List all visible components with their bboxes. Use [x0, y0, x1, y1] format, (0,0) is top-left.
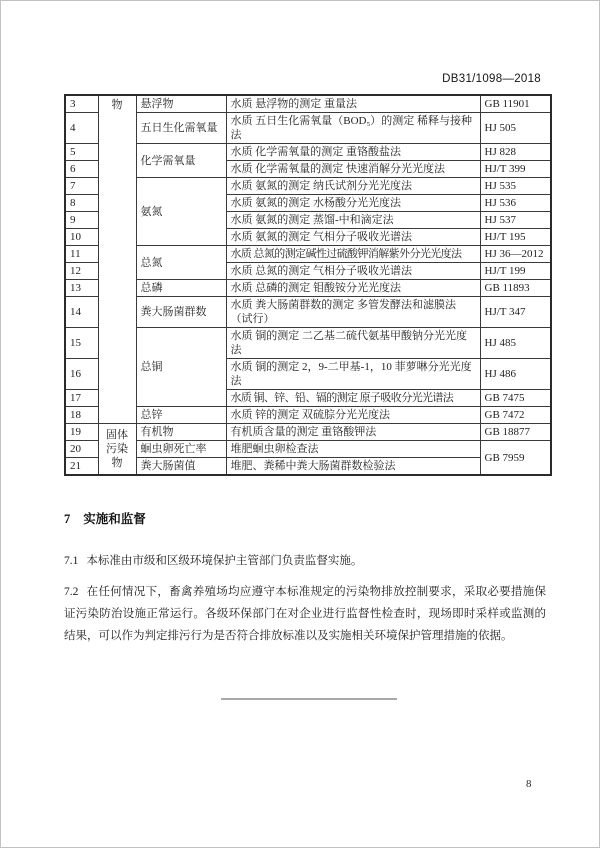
method-name: 水质 总氮的测定碱性过硫酸钾消解紫外分光光度法 — [226, 246, 480, 263]
row-number: 8 — [65, 195, 98, 212]
standard-number: HJ/T 347 — [480, 297, 551, 328]
pollutant-name: 总铜 — [136, 328, 226, 407]
row-number: 19 — [65, 424, 98, 441]
standard-number: GB 7475 — [480, 390, 551, 407]
paragraph-7-1: 7.1本标准由市级和区级环境保护主管部门负责监督实施。 — [64, 550, 546, 572]
method-name: 堆肥、粪稀中粪大肠菌群数检验法 — [226, 458, 480, 476]
pollutant-name: 总锌 — [136, 407, 226, 424]
paragraph-7-2: 7.2在任何情况下，畜禽养殖场均应遵守本标准规定的污染物排放控制要求，采取必要措… — [64, 581, 546, 647]
document-page: DB31/1098—2018 3 物 悬浮物 水质 悬浮物的测定 重量法 GB … — [0, 0, 600, 848]
pollutant-name: 有机物 — [136, 424, 226, 441]
section-title: 实施和监督 — [83, 512, 146, 526]
pollutant-name: 总氮 — [136, 246, 226, 280]
pollutant-name: 悬浮物 — [136, 95, 226, 113]
method-name: 水质 悬浮物的测定 重量法 — [226, 95, 480, 113]
method-name: 水质 氨氮的测定 气相分子吸收光谱法 — [226, 229, 480, 246]
row-number: 13 — [65, 280, 98, 297]
standard-number: GB 11901 — [480, 95, 551, 113]
table-row: 5 化学需氧量 水质 化学需氧量的测定 重铬酸盐法 HJ 828 — [65, 144, 551, 161]
pollutant-name: 蛔虫卵死亡率 — [136, 441, 226, 458]
table-row: 15 总铜 水质 铜的测定 二乙基二硫代氨基甲酸钠分光光度法 HJ 485 — [65, 328, 551, 359]
row-number: 10 — [65, 229, 98, 246]
clause-text: 本标准由市级和区级环境保护主管部门负责监督实施。 — [86, 555, 362, 567]
row-number: 14 — [65, 297, 98, 328]
standard-number: HJ/T 199 — [480, 263, 551, 280]
method-name: 水质 粪大肠菌群数的测定 多管发酵法和滤膜法（试行） — [226, 297, 480, 328]
standard-number: HJ 485 — [480, 328, 551, 359]
row-number: 16 — [65, 359, 98, 390]
method-name: 水质 化学需氧量的测定 重铬酸盐法 — [226, 144, 480, 161]
row-number: 15 — [65, 328, 98, 359]
method-name: 水质 氨氮的测定 纳氏试剂分光光度法 — [226, 178, 480, 195]
method-name: 水质 五日生化需氧量（BOD₅）的测定 稀释与接种法 — [226, 113, 480, 144]
category-water-pollutant: 物 — [98, 95, 136, 424]
row-number: 11 — [65, 246, 98, 263]
method-name: 水质 铜的测定 二乙基二硫代氨基甲酸钠分光光度法 — [226, 328, 480, 359]
table-row: 18 总锌 水质 锌的测定 双硫腙分光光度法 GB 7472 — [65, 407, 551, 424]
table-row: 3 物 悬浮物 水质 悬浮物的测定 重量法 GB 11901 — [65, 95, 551, 113]
standard-number: HJ 505 — [480, 113, 551, 144]
standard-number: HJ 486 — [480, 359, 551, 390]
standard-number: GB 18877 — [480, 424, 551, 441]
row-number: 20 — [65, 441, 98, 458]
row-number: 12 — [65, 263, 98, 280]
pollutant-name: 粪大肠菌群数 — [136, 297, 226, 328]
section-heading: 7实施和监督 — [64, 509, 599, 527]
standard-number: HJ 537 — [480, 212, 551, 229]
document-number: DB31/1098—2018 — [1, 73, 541, 85]
section-number: 7 — [64, 512, 70, 526]
method-name: 水质 氨氮的测定 蒸馏-中和滴定法 — [226, 212, 480, 229]
table-row: 19 固体污染物 有机物 有机质含量的测定 重铬酸钾法 GB 18877 — [65, 424, 551, 441]
method-name: 水质 铜的测定 2，9-二甲基-1，10 菲萝啉分光光度法 — [226, 359, 480, 390]
method-name: 水质 氨氮的测定 水杨酸分光光度法 — [226, 195, 480, 212]
table-row: 7 氨氮 水质 氨氮的测定 纳氏试剂分光光度法 HJ 535 — [65, 178, 551, 195]
row-number: 6 — [65, 161, 98, 178]
standard-number: GB 7959 — [480, 441, 551, 476]
row-number: 4 — [65, 113, 98, 144]
monitoring-methods-table: 3 物 悬浮物 水质 悬浮物的测定 重量法 GB 11901 4 五日生化需氧量… — [64, 94, 552, 476]
clause-text: 在任何情况下，畜禽养殖场均应遵守本标准规定的污染物排放控制要求，采取必要措施保证… — [64, 586, 546, 642]
page-number: 8 — [526, 778, 532, 790]
row-number: 7 — [65, 178, 98, 195]
pollutant-name: 总磷 — [136, 280, 226, 297]
table-row: 14 粪大肠菌群数 水质 粪大肠菌群数的测定 多管发酵法和滤膜法（试行） HJ/… — [65, 297, 551, 328]
method-name: 水质 化学需氧量的测定 快速消解分光光度法 — [226, 161, 480, 178]
method-name: 堆肥蛔虫卵检查法 — [226, 441, 480, 458]
standard-number: HJ 36—2012 — [480, 246, 551, 263]
category-solid-pollutant: 固体污染物 — [98, 424, 136, 476]
pollutant-name: 化学需氧量 — [136, 144, 226, 178]
row-number: 21 — [65, 458, 98, 476]
row-number: 3 — [65, 95, 98, 113]
table-row: 20 蛔虫卵死亡率 堆肥蛔虫卵检查法 GB 7959 — [65, 441, 551, 458]
table-row: 21 粪大肠菌值 堆肥、粪稀中粪大肠菌群数检验法 — [65, 458, 551, 476]
table-row: 13 总磷 水质 总磷的测定 钼酸铵分光光度法 GB 11893 — [65, 280, 551, 297]
method-name: 有机质含量的测定 重铬酸钾法 — [226, 424, 480, 441]
standard-number: HJ 536 — [480, 195, 551, 212]
clause-number: 7.2 — [64, 586, 78, 598]
standard-number: GB 11893 — [480, 280, 551, 297]
standard-number: HJ/T 399 — [480, 161, 551, 178]
end-of-text-divider — [221, 698, 397, 700]
pollutant-name: 五日生化需氧量 — [136, 113, 226, 144]
clause-number: 7.1 — [64, 555, 78, 567]
standard-number: HJ 828 — [480, 144, 551, 161]
standard-number: HJ 535 — [480, 178, 551, 195]
table-row: 11 总氮 水质 总氮的测定碱性过硫酸钾消解紫外分光光度法 HJ 36—2012 — [65, 246, 551, 263]
standard-number: HJ/T 195 — [480, 229, 551, 246]
method-name: 水质 总氮的测定 气相分子吸收光谱法 — [226, 263, 480, 280]
row-number: 18 — [65, 407, 98, 424]
row-number: 17 — [65, 390, 98, 407]
pollutant-name: 氨氮 — [136, 178, 226, 246]
pollutant-name: 粪大肠菌值 — [136, 458, 226, 476]
row-number: 5 — [65, 144, 98, 161]
method-name: 水质 总磷的测定 钼酸铵分光光度法 — [226, 280, 480, 297]
row-number: 9 — [65, 212, 98, 229]
method-name: 水质 铜、锌、铅、镉的测定 原子吸收分光光谱法 — [226, 390, 480, 407]
table-row: 4 五日生化需氧量 水质 五日生化需氧量（BOD₅）的测定 稀释与接种法 HJ … — [65, 113, 551, 144]
method-name: 水质 锌的测定 双硫腙分光光度法 — [226, 407, 480, 424]
standard-number: GB 7472 — [480, 407, 551, 424]
